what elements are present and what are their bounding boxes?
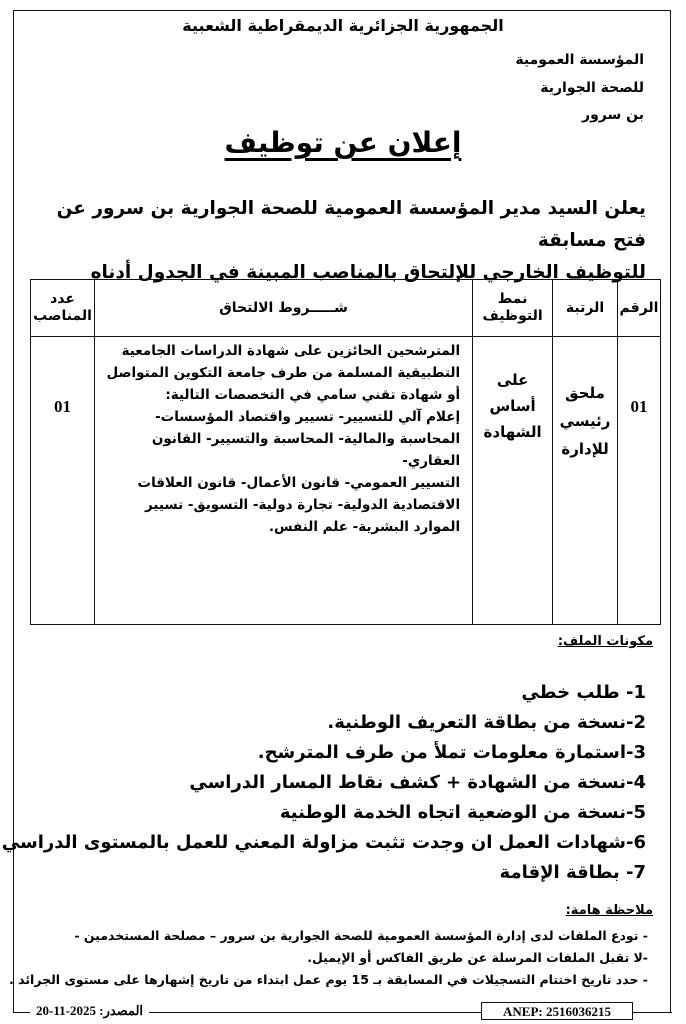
note-item: -لا تقبل الملفات المرسلة عن طريق الفاكس … [9, 947, 648, 969]
header-rank: الرتبة [553, 280, 618, 337]
list-item: 6-شهادات العمل ان وجدت تثبت مزاولة المعن… [0, 828, 646, 858]
condition-line: المترشحين الحائزين على شهادة الدراسات ال… [105, 340, 460, 362]
header-number: الرقم [618, 280, 661, 337]
documents-heading: مكونات الملف: [558, 634, 653, 649]
note-item: - حدد تاريخ اختتام التسجيلات في المسابقة… [9, 969, 648, 991]
note-item: - تودع الملفات لدى إدارة المؤسسة العمومي… [9, 925, 648, 947]
header-conditions: شـــــروط الالتحاق [95, 280, 473, 337]
condition-line: الموارد البشرية- علم النفس. [105, 516, 460, 538]
list-item: 4-نسخة من الشهادة + كشف نقاط المسار الدر… [0, 768, 646, 798]
footer-source-date: المصدر: 2025-11-20 [30, 1003, 149, 1019]
cell-mode: على أساس الشهادة [473, 337, 553, 625]
list-item: 5-نسخة من الوضعية اتجاه الخدمة الوطنية [0, 798, 646, 828]
list-item: 1- طلب خطي [0, 678, 646, 708]
list-item: 2-نسخة من بطاقة التعريف الوطنية. [0, 708, 646, 738]
institution-line-2: للصحة الجوارية [540, 80, 644, 96]
institution-line-3: بن سرور [582, 107, 644, 123]
page-title: إعلان عن توظيف [0, 126, 686, 159]
table-row: 01 ملحق رئيسي للإدارة على أساس الشهادة ا… [31, 337, 661, 625]
list-item: 3-استمارة معلومات تملأ من طرف المترشح. [0, 738, 646, 768]
condition-line: إعلام آلي للتسيير- تسيير واقتصاد المؤسسا… [105, 406, 460, 428]
anep-reference-badge: ANEP: 2516036215 [481, 1002, 633, 1020]
condition-line: التسيير العمومي- قانون الأعمال- قانون ال… [105, 472, 460, 494]
condition-line: الاقتصادية الدولية- تجارة دولية- التسويق… [105, 494, 460, 516]
cell-conditions: المترشحين الحائزين على شهادة الدراسات ال… [95, 337, 473, 625]
notes-list: - تودع الملفات لدى إدارة المؤسسة العمومي… [9, 925, 648, 991]
institution-line-1: المؤسسة العمومية [515, 52, 644, 68]
header-mode: نمط التوظيف [473, 280, 553, 337]
positions-table: الرقم الرتبة نمط التوظيف شـــــروط الالت… [30, 279, 661, 625]
republic-heading: الجمهورية الجزائرية الديمقراطية الشعبية [0, 16, 686, 35]
condition-line: التطبيقية المسلمة من طرف جامعة التكوين ا… [105, 362, 460, 384]
condition-line: المحاسبة والمالية- المحاسبة والتسيير- ال… [105, 428, 460, 472]
cell-rank: ملحق رئيسي للإدارة [553, 337, 618, 625]
cell-number: 01 [618, 337, 661, 625]
header-positions: عدد المناصب [31, 280, 95, 337]
documents-list: 1- طلب خطي 2-نسخة من بطاقة التعريف الوطن… [0, 678, 646, 888]
condition-line: أو شهادة تقني سامي في التخصصات التالية: [105, 384, 460, 406]
table-header-row: الرقم الرتبة نمط التوظيف شـــــروط الالت… [31, 280, 661, 337]
intro-line-1: يعلن السيد مدير المؤسسة العمومية للصحة ا… [36, 193, 646, 257]
list-item: 7- بطاقة الإقامة [0, 858, 646, 888]
cell-positions: 01 [31, 337, 95, 625]
notes-heading: ملاحظة هامة: [566, 903, 653, 918]
intro-paragraph: يعلن السيد مدير المؤسسة العمومية للصحة ا… [36, 193, 646, 289]
